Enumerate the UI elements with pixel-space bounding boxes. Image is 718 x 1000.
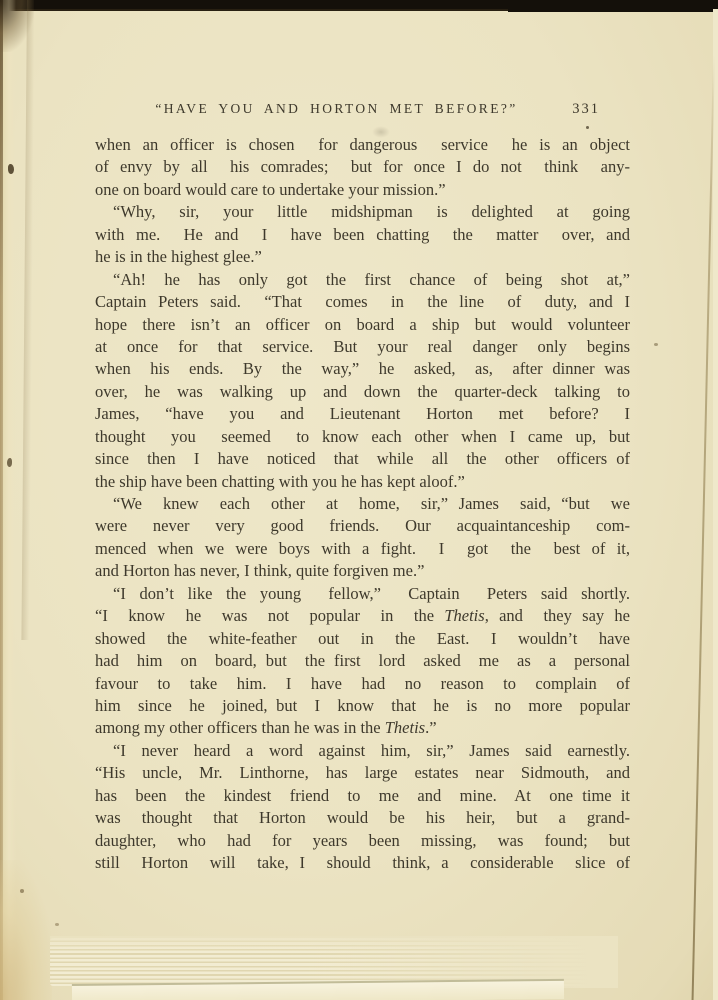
text-line: over, he was walking up and down the qua… bbox=[95, 381, 630, 403]
ink-speck bbox=[7, 458, 12, 467]
text-line: “I never heard a word against him, sir,”… bbox=[95, 740, 630, 762]
ink-speck bbox=[586, 126, 589, 129]
text-line: showed the white-feather out in the East… bbox=[95, 628, 630, 650]
text-line: when an officer is chosen for dangerous … bbox=[95, 134, 630, 156]
text-line: was thought that Horton would be his hei… bbox=[95, 807, 630, 829]
text-line: with me. He and I have been chatting the… bbox=[95, 224, 630, 246]
text-line: still Horton will take, I should think, … bbox=[95, 852, 630, 874]
text-line: “Ah! he has only got the first chance of… bbox=[95, 269, 630, 291]
text-line: thought you seemed to know each other wh… bbox=[95, 426, 630, 448]
ink-speck bbox=[55, 923, 59, 926]
text-line: “I don’t like the young fellow,” Captain… bbox=[95, 583, 630, 605]
page-left-edge-line bbox=[0, 0, 3, 1000]
text-line: hope there isn’t an officer on board a s… bbox=[95, 314, 630, 336]
scan-top-shadow bbox=[0, 0, 718, 11]
text-line: “His uncle, Mr. Linthorne, has large est… bbox=[95, 762, 630, 784]
page-header-title: “HAVE YOU AND HORTON MET BEFORE?” bbox=[95, 101, 630, 117]
text-line: and Horton has never, I think, quite for… bbox=[95, 560, 630, 582]
text-line: among my other officers than he was in t… bbox=[95, 717, 630, 739]
right-page-strip bbox=[713, 9, 718, 1000]
text-line: “I know he was not popular in the Thetis… bbox=[95, 605, 630, 627]
text-line: were never very good friends. Our acquai… bbox=[95, 515, 630, 537]
book-page: “HAVE YOU AND HORTON MET BEFORE?” 331 wh… bbox=[0, 0, 718, 1000]
text-line: of envy by all his comrades; but for onc… bbox=[95, 156, 630, 178]
text-line: daughter, who had for years been missing… bbox=[95, 830, 630, 852]
text-line: him since he joined, but I know that he … bbox=[95, 695, 630, 717]
text-line: since then I have noticed that while all… bbox=[95, 448, 630, 470]
text-line: when his ends. By the way,” he asked, as… bbox=[95, 358, 630, 380]
ink-speck bbox=[654, 343, 658, 346]
text-line: menced when we were boys with a fight. I… bbox=[95, 538, 630, 560]
text-line: had him on board, but the first lord ask… bbox=[95, 650, 630, 672]
ink-speck bbox=[8, 164, 14, 174]
bottom-left-page-curl bbox=[0, 860, 52, 1000]
text-line: one on board would care to undertake you… bbox=[95, 179, 630, 201]
left-crease bbox=[21, 0, 36, 640]
ink-speck bbox=[20, 889, 24, 893]
page-right-edge-line bbox=[691, 55, 715, 1000]
text-line: has been the kindest friend to me and mi… bbox=[95, 785, 630, 807]
page-body: when an officer is chosen for dangerous … bbox=[95, 134, 630, 874]
text-line: Captain Peters said. “That comes in the … bbox=[95, 291, 630, 313]
text-line: James, “have you and Lieutenant Horton m… bbox=[95, 403, 630, 425]
text-line: he is in the highest glee.” bbox=[95, 246, 630, 268]
text-line: the ship have been chatting with you he … bbox=[95, 471, 630, 493]
text-line: “We knew each other at home, sir,” James… bbox=[95, 493, 630, 515]
text-line: at once for that service. But your real … bbox=[95, 336, 630, 358]
text-line: favour to take him. I have had no reason… bbox=[95, 673, 630, 695]
running-header: “HAVE YOU AND HORTON MET BEFORE?” 331 bbox=[95, 101, 630, 121]
text-line: “Why, sir, your little midshipman is del… bbox=[95, 201, 630, 223]
page-number: 331 bbox=[572, 101, 600, 118]
